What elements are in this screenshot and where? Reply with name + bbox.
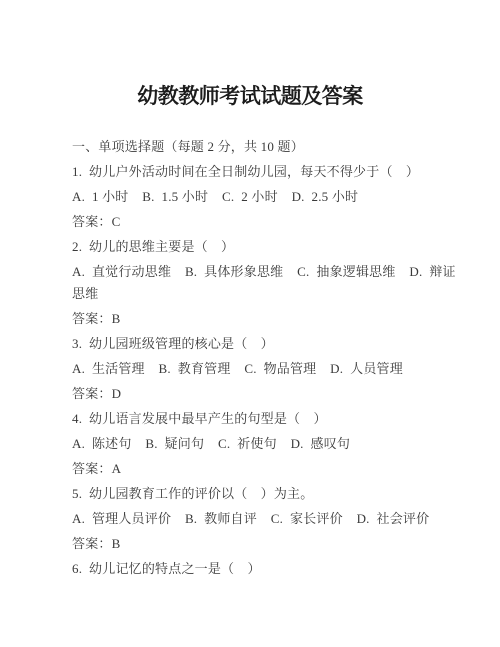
question-2-text: 2. 幼儿的思维主要是（ ）	[72, 236, 478, 258]
document-body: 一、单项选择题（每题 2 分，共 10 题） 1. 幼儿户外活动时间在全日制幼儿…	[72, 136, 478, 583]
question-1-options: A. 1 小时 B. 1.5 小时 C. 2 小时 D. 2.5 小时	[72, 186, 478, 208]
question-5-answer: 答案：B	[72, 533, 478, 555]
question-3-text: 3. 幼儿园班级管理的核心是（ ）	[72, 333, 478, 355]
document-title: 幼教教师考试试题及答案	[0, 80, 500, 110]
question-4-text: 4. 幼儿语言发展中最早产生的句型是（ ）	[72, 408, 478, 430]
question-6-text: 6. 幼儿记忆的特点之一是（ ）	[72, 558, 478, 580]
question-2-answer: 答案：B	[72, 308, 478, 330]
question-3-options: A. 生活管理 B. 教育管理 C. 物品管理 D. 人员管理	[72, 358, 478, 380]
question-1-answer: 答案：C	[72, 211, 478, 233]
document-page: 幼教教师考试试题及答案 一、单项选择题（每题 2 分，共 10 题） 1. 幼儿…	[0, 0, 500, 647]
question-5-options: A. 管理人员评价 B. 教师自评 C. 家长评价 D. 社会评价	[72, 508, 478, 530]
question-5-text: 5. 幼儿园教育工作的评价以（ ）为主。	[72, 483, 478, 505]
question-4-answer: 答案：A	[72, 458, 478, 480]
question-2-options: A. 直觉行动思维 B. 具体形象思维 C. 抽象逻辑思维 D. 辩证 思维	[72, 261, 478, 305]
question-1-text: 1. 幼儿户外活动时间在全日制幼儿园，每天不得少于（ ）	[72, 161, 478, 183]
question-4-options: A. 陈述句 B. 疑问句 C. 祈使句 D. 感叹句	[72, 433, 478, 455]
question-3-answer: 答案：D	[72, 383, 478, 405]
section-header: 一、单项选择题（每题 2 分，共 10 题）	[72, 136, 478, 158]
